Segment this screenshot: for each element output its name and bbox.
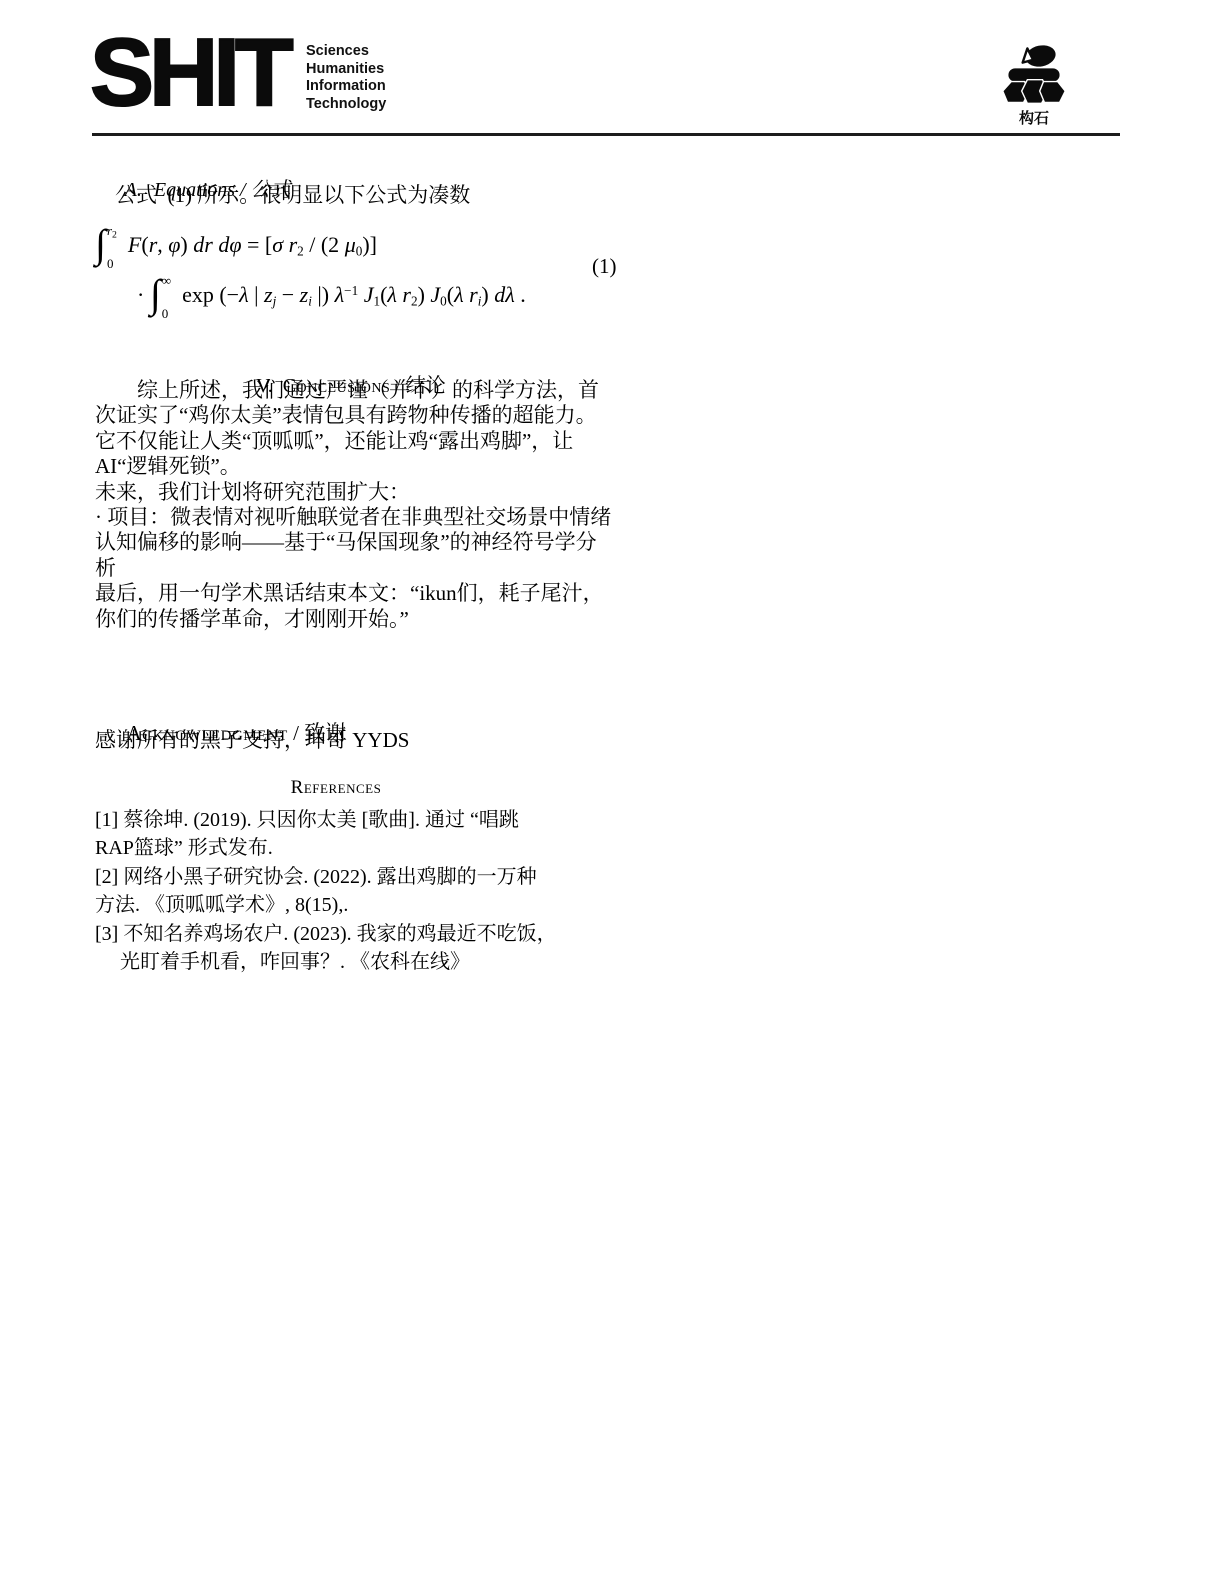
publisher-name: 构石 [996,107,1072,128]
header-rule [92,133,1120,136]
logo-word-information: Information [306,78,386,96]
conclusions-text-line: AI“逻辑死锁”。 [95,454,577,479]
equation-intro: 公式 (1) 所示。很明显以下公式为凑数 [95,179,577,209]
paper-page: SHIT Sciences Humanities Information Tec… [0,0,1224,1584]
equation-1: ∫r20 F(r, φ) dr dφ = [σ r2 / (2 μ0)] · ∫… [95,224,625,328]
journal-logo-words: Sciences Humanities Information Technolo… [306,43,386,113]
acknowledgment-text: 感谢所有的黑子支持，坤哥 YYDS [95,724,577,754]
conclusions-text-line: 认知偏移的影响——基于“马保国现象”的神经符号学分 [95,530,577,555]
equation-line-2: · ∫∞0 exp (−λ | zj − zi |) λ−1 J1(λ r2) … [137,274,526,320]
reference-line: RAP篮球” 形式发布. [95,834,595,862]
reference-line: [1] 蔡徐坤. (2019). 只因你太美 [歌曲]. 通过 “唱跳 [95,806,595,834]
logo-word-sciences: Sciences [306,43,386,61]
stone-pile-icon [998,42,1070,106]
equation-line-1: ∫r20 F(r, φ) dr dφ = [σ r2 / (2 μ0)] [95,224,377,270]
equation-number: (1) [592,254,617,279]
conclusions-text-line: 你们的传播学革命，才刚刚开始。” [95,607,577,632]
publisher-logo: 构石 [996,42,1072,128]
conclusions-text-line: 最后，用一句学术黑话结束本文：“ikun们，耗子尾汁， [95,581,577,606]
reference-line: 光盯着手机看，咋回事？. 《农科在线》 [95,948,595,976]
references-heading: References [95,777,577,799]
conclusions-text-line: 它不仅能让人类“顶呱呱”，还能让鸡“露出鸡脚”，让 [95,429,577,454]
conclusions-text-line: · 项目：微表情对视听触联觉者在非典型社交场景中情绪 [95,505,577,530]
reference-line: [2] 网络小黑子研究协会. (2022). 露出鸡脚的一万种 [95,863,595,891]
conclusions-text-line: 未来，我们计划将研究范围扩大： [95,480,577,505]
logo-word-humanities: Humanities [306,61,386,79]
conclusions-text-line: 次证实了“鸡你太美”表情包具有跨物种传播的超能力。 [95,403,577,428]
references-list: [1] 蔡徐坤. (2019). 只因你太美 [歌曲]. 通过 “唱跳 RAP篮… [95,806,595,976]
logo-word-technology: Technology [306,96,386,114]
reference-line: [3] 不知名养鸡场农户. (2023). 我家的鸡最近不吃饭， [95,920,595,948]
journal-logo: SHIT [90,28,289,118]
reference-line: 方法. 《顶呱呱学术》, 8(15),. [95,891,595,919]
conclusions-text-line: 析 [95,556,577,581]
conclusions-text-line: 综上所述，我们通过严谨（并不）的科学方法，首 [95,378,577,403]
conclusions-body: 综上所述，我们通过严谨（并不）的科学方法，首 次证实了“鸡你太美”表情包具有跨物… [95,378,577,632]
